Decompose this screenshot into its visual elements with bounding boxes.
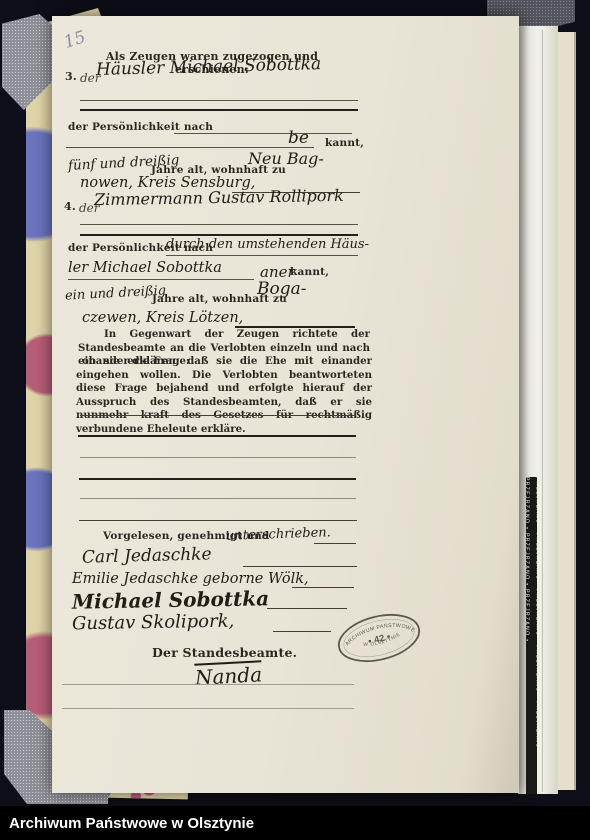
ruled-line [79, 520, 357, 521]
closing-blank-line [314, 543, 356, 544]
archive-stamp: ARCHIWUM PAŃSTWOWE W OLSZTYNIE • 42 • [331, 604, 428, 672]
final-blank-line [62, 708, 354, 709]
identity-blank-line2 [66, 147, 314, 148]
witness4-residence-handwriting: Boga- [257, 279, 307, 299]
witness3-residence-handwriting: Neu Bag- [248, 149, 324, 168]
identity-writing-line2 [68, 279, 254, 280]
ruled-line [78, 435, 356, 437]
signature-handwriting: Carl Jedaschke [82, 544, 212, 567]
declaration-body: ob sie erklären, daß sie die Ehe mit ein… [76, 355, 372, 436]
blank-entry-line [80, 109, 358, 111]
witness3-known-suffix: kannt, [325, 137, 364, 149]
blank-entry-line [80, 234, 358, 236]
ruled-line [80, 415, 356, 416]
signature-handwriting: Michael Sobottka [72, 586, 269, 613]
registrar-signature-handwriting: Nanda [194, 662, 262, 689]
witness4-identity-handwriting: durch den umstehenden Häus- [166, 237, 369, 252]
pencil-folio-number: 15 [61, 27, 88, 53]
ruled-line [80, 498, 356, 499]
book-fore-edge [518, 26, 558, 794]
archive-caption-bar: Archiwum Państwowe w Olsztynie [0, 806, 590, 840]
registrar-title: Der Standesbeamte. [152, 645, 297, 660]
witness3-identity-handwriting: be [288, 128, 309, 148]
witness4-name-handwriting: Zimmermann Gustav Rollipork [94, 186, 344, 209]
signature-line [267, 608, 347, 609]
registrar-signature-line [62, 684, 354, 685]
fore-edge-crease [542, 30, 543, 792]
underlying-page-edge [558, 32, 576, 790]
witness4-number: 4. [64, 200, 76, 213]
signature-line [243, 566, 357, 567]
writing-line [80, 224, 358, 225]
witness4-identity-handwriting2: ler Michael Sobottka [68, 260, 222, 276]
signature-handwriting: Emilie Jedaschke geborne Wölk, [72, 571, 309, 587]
register-page: 15 Als Zeugen waren zugezogen und erschi… [52, 16, 519, 793]
witness3-number: 3. [65, 70, 77, 83]
signature-handwriting: Gustav Skolipork, [72, 611, 235, 635]
signature-line [273, 631, 331, 632]
witness4-residence-handwriting2: czewen, Kreis Lötzen, [82, 310, 243, 326]
przejrzano-ribbon-text: PRZEJRZANO • PRZEJRZANO • PRZEJRZANO • P… [526, 477, 537, 794]
writing-line [80, 100, 358, 101]
witness3-identity-label: der Persönlichkeit nach [68, 121, 213, 133]
witness4-known-suffix: kannt, [290, 266, 329, 278]
przejrzano-ribbon: PRZEJRZANO • PRZEJRZANO • PRZEJRZANO • P… [526, 477, 537, 794]
signature-line [292, 587, 354, 588]
vorgelesen-handwriting: unterschrieben. [226, 525, 331, 544]
identity-blank-line [174, 133, 352, 134]
archive-caption-text: Archiwum Państwowe w Olsztynie [0, 815, 254, 832]
ruled-line [79, 478, 356, 480]
identity-writing-line [166, 255, 358, 256]
ruled-line [80, 457, 356, 458]
